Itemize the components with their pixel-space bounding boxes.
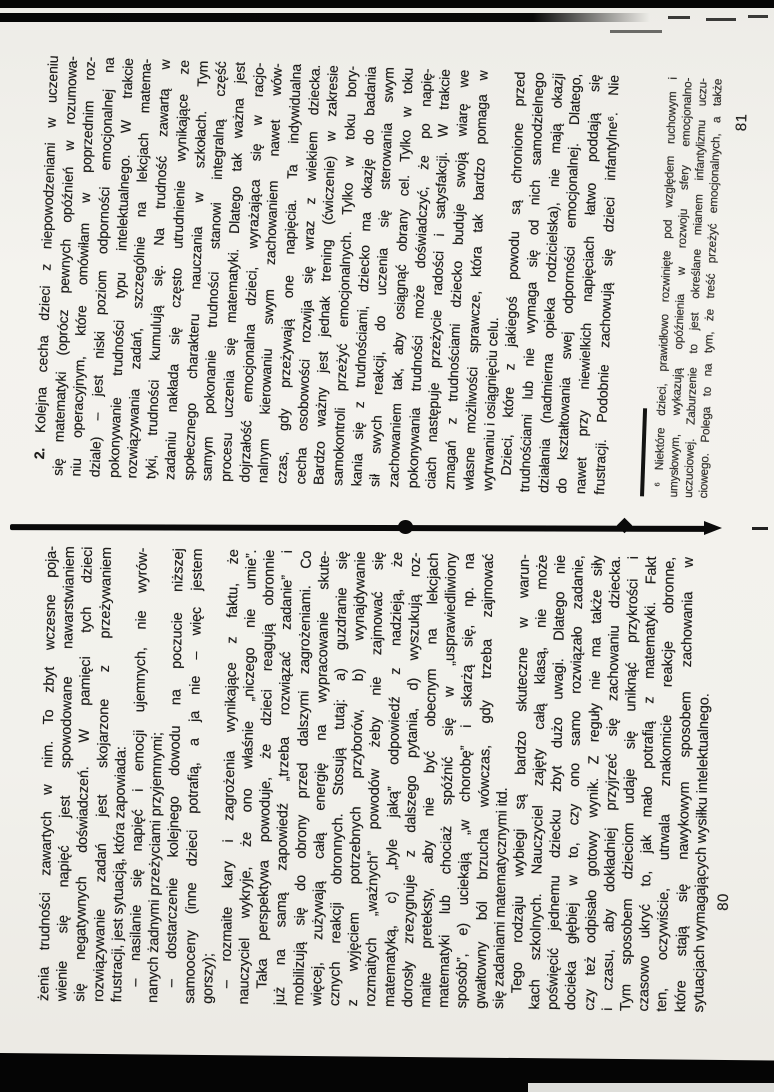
page-81-text-column: 2. Kolejna cecha dzieci z niepowodzeniam… xyxy=(29,55,623,495)
shadow-blob-round xyxy=(398,520,413,534)
page-number-80: 80 xyxy=(713,558,738,1013)
scan-speck xyxy=(668,16,690,19)
bottom-right-scanner-strip xyxy=(528,1083,774,1092)
shadow-arrowhead xyxy=(704,521,722,535)
page-81: 2. Kolejna cecha dzieci z niepowodzeniam… xyxy=(29,55,758,500)
page-80: żenia trudności zawartych w nim. To zbyt… xyxy=(35,546,744,1013)
footnote-rule xyxy=(640,408,647,496)
shadow-dash xyxy=(752,527,768,530)
scanned-book-photo: 2. Kolejna cecha dzieci z niepowodzeniam… xyxy=(0,0,774,1092)
top-edge-band xyxy=(0,0,774,8)
scan-speck xyxy=(748,15,768,18)
top-edge-band-secondary xyxy=(0,13,650,22)
scan-speck xyxy=(706,18,736,21)
page-81-footnote: ⁶ Niektóre dzieci, prawidłowo rozwinięte… xyxy=(651,77,726,499)
page-80-text-column: żenia trudności zawartych w nim. To zbyt… xyxy=(35,546,716,1013)
bottom-left-corner xyxy=(0,1068,528,1092)
scan-speck xyxy=(610,30,662,33)
